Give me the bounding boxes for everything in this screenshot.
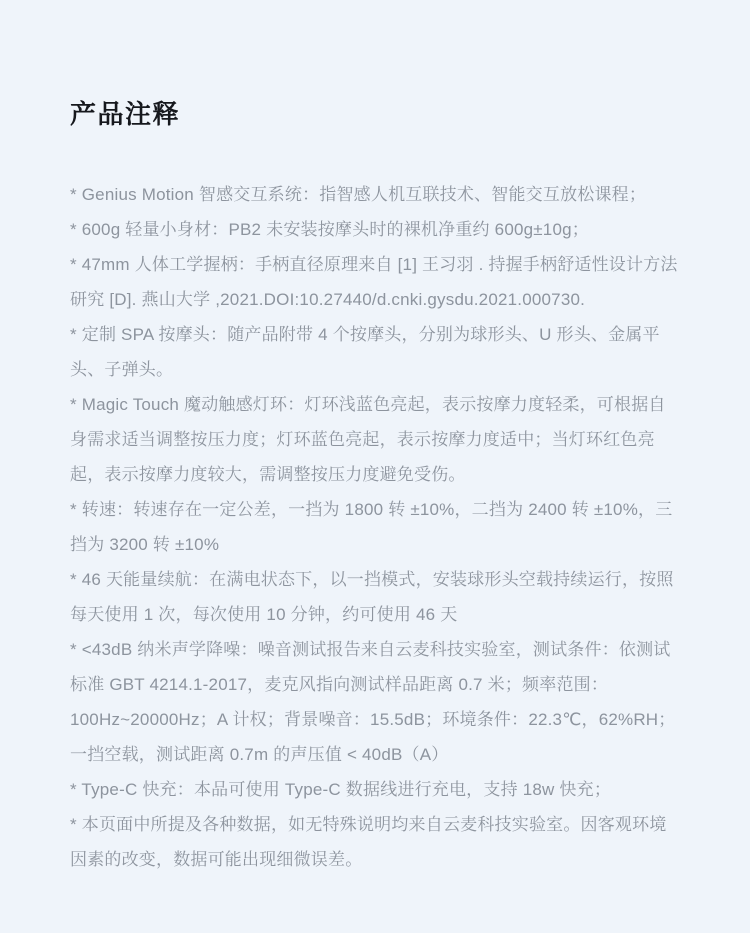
note-item: * Genius Motion 智感交互系统：指智感人机互联技术、智能交互放松课… <box>70 177 682 212</box>
note-item: * 本页面中所提及各种数据，如无特殊说明均来自云麦科技实验室。因客观环境因素的改… <box>70 807 682 877</box>
note-item: * Type-C 快充：本品可使用 Type-C 数据线进行充电，支持 18w … <box>70 772 682 807</box>
note-item: * <43dB 纳米声学降噪：噪音测试报告来自云麦科技实验室，测试条件：依测试标… <box>70 632 682 772</box>
note-item: * 600g 轻量小身材：PB2 未安装按摩头时的裸机净重约 600g±10g； <box>70 212 682 247</box>
note-item: * Magic Touch 魔动触感灯环：灯环浅蓝色亮起，表示按摩力度轻柔，可根… <box>70 387 682 492</box>
note-item: * 定制 SPA 按摩头：随产品附带 4 个按摩头，分别为球形头、U 形头、金属… <box>70 317 682 387</box>
product-notes-page: { "colors": { "background": "#eff4fa", "… <box>0 0 750 933</box>
page-title: 产品注释 <box>70 97 682 131</box>
note-item: * 46 天能量续航：在满电状态下，以一挡模式，安装球形头空载持续运行，按照每天… <box>70 562 682 632</box>
note-item: * 47mm 人体工学握柄：手柄直径原理来自 [1] 王习羽 . 持握手柄舒适性… <box>70 247 682 317</box>
note-item: * 转速：转速存在一定公差，一挡为 1800 转 ±10%，二挡为 2400 转… <box>70 492 682 562</box>
notes-list: * Genius Motion 智感交互系统：指智感人机互联技术、智能交互放松课… <box>70 177 682 877</box>
product-notes-section: 产品注释 * Genius Motion 智感交互系统：指智感人机互联技术、智能… <box>0 0 750 933</box>
